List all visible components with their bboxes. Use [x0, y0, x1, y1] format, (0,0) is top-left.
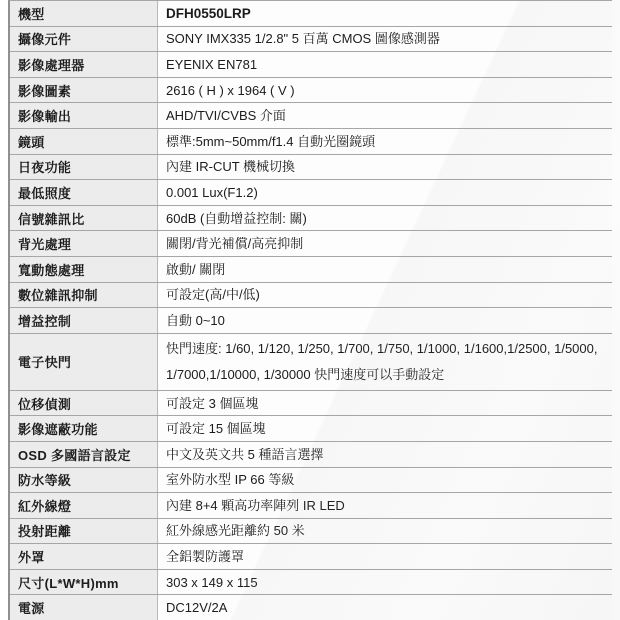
spec-name: 影像輸出	[10, 103, 158, 128]
spec-name: 數位雜訊抑制	[10, 283, 158, 308]
spec-value: 室外防水型 IP 66 等級	[158, 468, 612, 493]
spec-table: 機型 DFH0550LRP 攝像元件 SONY IMX335 1/2.8" 5 …	[8, 0, 612, 620]
table-row: 投射距離 紅外線感光距離約 50 米	[10, 519, 612, 545]
spec-value: 可設定 15 個區塊	[158, 416, 612, 441]
spec-value: 2616 ( H ) x 1964 ( V )	[158, 78, 612, 103]
spec-name: 防水等級	[10, 468, 158, 493]
spec-name: OSD 多國語言設定	[10, 442, 158, 467]
spec-value: 可設定 3 個區塊	[158, 391, 612, 416]
spec-name: 寬動態處理	[10, 257, 158, 282]
table-row: 影像遮蔽功能 可設定 15 個區塊	[10, 416, 612, 442]
table-row: 信號雜訊比 60dB (自動增益控制: 關)	[10, 206, 612, 232]
table-row: 數位雜訊抑制 可設定(高/中/低)	[10, 283, 612, 309]
spec-name: 投射距離	[10, 519, 158, 544]
spec-value: DC12V/2A	[158, 595, 612, 620]
spec-value: 內建 8+4 顆高功率陣列 IR LED	[158, 493, 612, 518]
spec-name: 影像遮蔽功能	[10, 416, 158, 441]
table-row: 鏡頭 標準:5mm~50mm/f1.4 自動光圈鏡頭	[10, 129, 612, 155]
table-row: 位移偵測 可設定 3 個區塊	[10, 391, 612, 417]
spec-value: EYENIX EN781	[158, 52, 612, 77]
table-row: OSD 多國語言設定 中文及英文共 5 種語言選擇	[10, 442, 612, 468]
table-row: 影像輸出 AHD/TVI/CVBS 介面	[10, 103, 612, 129]
table-row: 背光處理 關閉/背光補償/高亮抑制	[10, 231, 612, 257]
spec-name: 紅外線燈	[10, 493, 158, 518]
spec-value: SONY IMX335 1/2.8" 5 百萬 CMOS 圖像感測器	[158, 27, 612, 52]
spec-name: 影像處理器	[10, 52, 158, 77]
spec-value: 關閉/背光補償/高亮抑制	[158, 231, 612, 256]
spec-value: DFH0550LRP	[158, 1, 612, 26]
spec-value: 0.001 Lux(F1.2)	[158, 180, 612, 205]
spec-value: 內建 IR-CUT 機械切換	[158, 155, 612, 180]
spec-value: 紅外線感光距離約 50 米	[158, 519, 612, 544]
spec-value: 中文及英文共 5 種語言選擇	[158, 442, 612, 467]
table-row: 機型 DFH0550LRP	[10, 1, 612, 27]
spec-name: 位移偵測	[10, 391, 158, 416]
table-row: 攝像元件 SONY IMX335 1/2.8" 5 百萬 CMOS 圖像感測器	[10, 27, 612, 53]
spec-value: 全鋁製防護罩	[158, 544, 612, 569]
spec-name: 影像圖素	[10, 78, 158, 103]
table-row: 外罩 全鋁製防護罩	[10, 544, 612, 570]
spec-name: 機型	[10, 1, 158, 26]
spec-value: 啟動/ 關閉	[158, 257, 612, 282]
spec-name: 背光處理	[10, 231, 158, 256]
table-row: 日夜功能 內建 IR-CUT 機械切換	[10, 155, 612, 181]
spec-name: 電子快門	[10, 334, 158, 390]
spec-value: 303 x 149 x 115	[158, 570, 612, 595]
spec-name: 日夜功能	[10, 155, 158, 180]
spec-name: 外罩	[10, 544, 158, 569]
spec-value: 可設定(高/中/低)	[158, 283, 612, 308]
spec-name: 信號雜訊比	[10, 206, 158, 231]
table-row: 最低照度 0.001 Lux(F1.2)	[10, 180, 612, 206]
spec-value: 60dB (自動增益控制: 關)	[158, 206, 612, 231]
table-row: 尺寸(L*W*H)mm 303 x 149 x 115	[10, 570, 612, 596]
table-row: 增益控制 自動 0~10	[10, 308, 612, 334]
table-row: 電源 DC12V/2A	[10, 595, 612, 620]
spec-name: 增益控制	[10, 308, 158, 333]
table-row: 防水等級 室外防水型 IP 66 等級	[10, 468, 612, 494]
spec-value: 標準:5mm~50mm/f1.4 自動光圈鏡頭	[158, 129, 612, 154]
spec-name: 最低照度	[10, 180, 158, 205]
spec-value: 自動 0~10	[158, 308, 612, 333]
spec-value: AHD/TVI/CVBS 介面	[158, 103, 612, 128]
table-row: 電子快門 快門速度: 1/60, 1/120, 1/250, 1/700, 1/…	[10, 334, 612, 391]
spec-name: 攝像元件	[10, 27, 158, 52]
spec-name: 電源	[10, 595, 158, 620]
spec-value: 快門速度: 1/60, 1/120, 1/250, 1/700, 1/750, …	[158, 334, 612, 390]
spec-name: 鏡頭	[10, 129, 158, 154]
table-row: 紅外線燈 內建 8+4 顆高功率陣列 IR LED	[10, 493, 612, 519]
spec-name: 尺寸(L*W*H)mm	[10, 570, 158, 595]
table-row: 寬動態處理 啟動/ 關閉	[10, 257, 612, 283]
table-row: 影像處理器 EYENIX EN781	[10, 52, 612, 78]
table-row: 影像圖素 2616 ( H ) x 1964 ( V )	[10, 78, 612, 104]
